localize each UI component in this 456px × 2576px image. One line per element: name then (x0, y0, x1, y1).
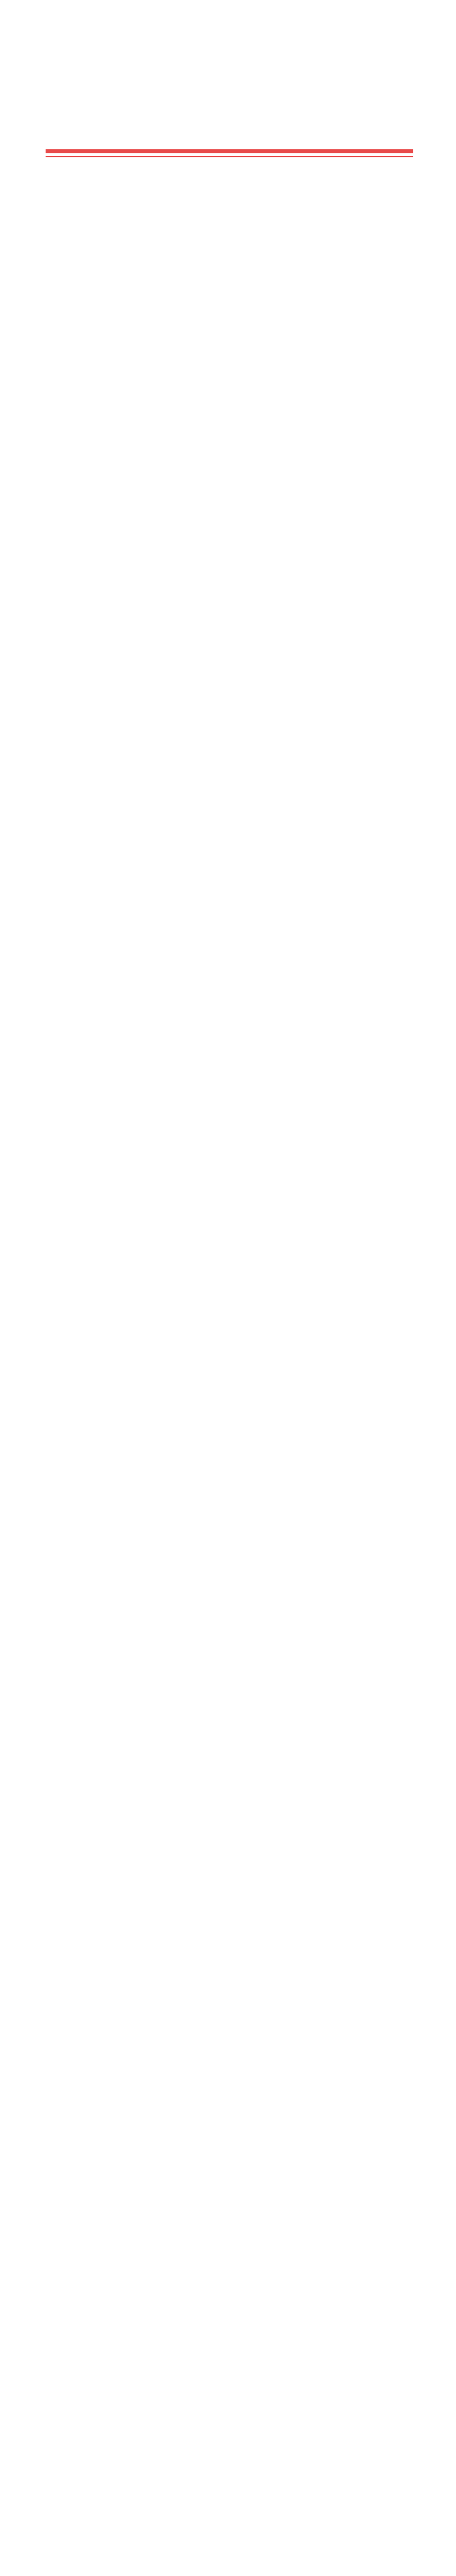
letterhead-divider-thin (46, 156, 413, 157)
letterhead-divider-thick (46, 149, 413, 153)
